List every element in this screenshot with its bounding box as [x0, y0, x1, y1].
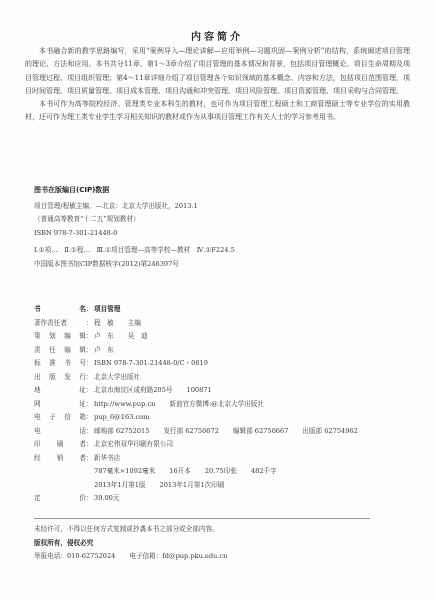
copy-notice: 未经许可，不得以任何方式复制或抄袭本书之部分或全部内容。	[34, 523, 424, 537]
colophon-row-planning-editor: 策划编辑 ： 卢 东吴 迪	[34, 330, 424, 344]
price-value: 39.00元	[94, 492, 119, 506]
colophon-label: 著作责任者	[34, 317, 86, 331]
cip-line: （普通高等教育“十二五”规划教材）	[34, 213, 414, 226]
summary-title: 内容简介	[0, 28, 434, 43]
colophon-label: 电子信箱	[34, 411, 86, 425]
colophon-row-printer: 印刷者 ： 北京宏伟双华印刷有限公司	[34, 438, 424, 452]
colophon-row-publisher: 出版发行 ： 北京大学出版社	[34, 371, 424, 385]
colophon-row-phone: 电话 ： 邮购部 62752015发行部 62750672编辑部 6275066…	[34, 425, 424, 439]
printer-value: 北京宏伟双华印刷有限公司	[94, 438, 173, 452]
colophon-row-format: 787毫米×1092毫米16开本20.75印张482千字	[34, 465, 424, 479]
colophon-label: 策划编辑	[34, 330, 86, 344]
report-contact: 举报电话：010-62752024电子信箱：fd@pup.pku.edu.cn	[34, 550, 424, 564]
cip-heading: 图书在版编目(CIP)数据	[34, 185, 414, 195]
summary-paragraph: 本书可作为高等院校经济、管理类专业本科生的教材，也可作为项目管理工程硕士和工商管…	[25, 98, 410, 125]
copyright-page: 内容简介 本书融合新的教学思路编写，采用“案例导入—理论讲解—应用举例—习题巩固…	[0, 0, 434, 600]
cip-record-number: 中国版本图书馆CIP数据核字(2012)第246397号	[34, 258, 414, 271]
colophon-row-isbn: 标准书号 ： ISBN 978-7-301-21448-0/C・0819	[34, 357, 424, 371]
responsible-editor-value: 卢 东	[94, 344, 114, 358]
isbn-value: ISBN 978-7-301-21448-0/C・0819	[94, 357, 208, 371]
cip-line: ISBN 978-7-301-21448-0	[34, 227, 414, 240]
report-email: fd@pup.pku.edu.cn	[162, 552, 227, 560]
rights-reserved: 版权所有，侵权必究	[34, 537, 424, 551]
colophon-row-author: 著作责任者 ： 程 敏主编	[34, 317, 424, 331]
colophon-label: 标准书号	[34, 357, 86, 371]
colophon-row-edition: 2013年1月第1版2013年1月第1次印刷	[34, 479, 424, 493]
colophon-label: 印刷者	[34, 438, 86, 452]
publisher-value: 北京大学出版社	[94, 371, 140, 385]
report-phone: 010-62752024	[67, 552, 115, 560]
colophon-row-address: 地址 ： 北京市海淀区成府路205号100871	[34, 384, 424, 398]
colophon-label: 网址	[34, 398, 86, 412]
colophon-section: 书名 ： 项目管理 著作责任者 ： 程 敏主编 策划编辑 ： 卢 东吴 迪 责任…	[34, 303, 424, 506]
colophon-row-price: 定价 ： 39.00元	[34, 492, 424, 506]
format-value: 787毫米×1092毫米16开本20.75印张482千字	[94, 465, 277, 479]
phone-value: 邮购部 62752015发行部 62750672编辑部 62750667出版部 …	[94, 425, 358, 439]
colophon-row-title: 书名 ： 项目管理	[34, 303, 424, 317]
divider-line	[34, 518, 370, 519]
cip-data-section: 图书在版编目(CIP)数据 项目管理/程敏主编．—北京：北京大学出版社，2013…	[34, 185, 414, 271]
colophon-label: 书名	[34, 303, 86, 317]
summary-paragraph: 本书融合新的教学思路编写，采用“案例导入—理论讲解—应用举例—习题巩固—案例分析…	[25, 45, 410, 98]
summary-section: 本书融合新的教学思路编写，采用“案例导入—理论讲解—应用举例—习题巩固—案例分析…	[25, 45, 410, 125]
colophon-label: 出版发行	[34, 371, 86, 385]
edition-value: 2013年1月第1版2013年1月第1次印刷	[94, 479, 224, 493]
website-link[interactable]: http://www.pup.cn	[94, 400, 155, 408]
colophon-label: 责任编辑	[34, 344, 86, 358]
book-title-value: 项目管理	[94, 303, 120, 317]
copyright-footer: 未经许可，不得以任何方式复制或抄袭本书之部分或全部内容。 版权所有，侵权必究 举…	[34, 523, 424, 564]
colophon-row-website: 网址 ： http://www.pup.cn新浪官方微博:@北京大学出版社	[34, 398, 424, 412]
email-value: pup_6@163.com	[94, 411, 149, 425]
colophon-row-distributor: 经销者 ： 新华书店	[34, 452, 424, 466]
colophon-row-responsible-editor: 责任编辑 ： 卢 东	[34, 344, 424, 358]
planning-editor-value: 卢 东吴 迪	[94, 330, 148, 344]
website-value: http://www.pup.cn新浪官方微博:@北京大学出版社	[94, 398, 264, 412]
colophon-label: 电话	[34, 425, 86, 439]
distributor-value: 新华书店	[94, 452, 120, 466]
colophon-label: 经销者	[34, 452, 86, 466]
colophon-label: 定价	[34, 492, 86, 506]
colophon-label: 地址	[34, 384, 86, 398]
address-value: 北京市海淀区成府路205号100871	[94, 384, 212, 398]
colophon-row-email: 电子信箱 ： pup_6@163.com	[34, 411, 424, 425]
cip-classification: Ⅰ.①项… Ⅱ.①程… Ⅲ.①项目管理—高等学校—教材 Ⅳ.①F224.5	[34, 244, 414, 257]
author-value: 程 敏主编	[94, 317, 141, 331]
cip-line: 项目管理/程敏主编．—北京：北京大学出版社，2013.1	[34, 200, 414, 213]
